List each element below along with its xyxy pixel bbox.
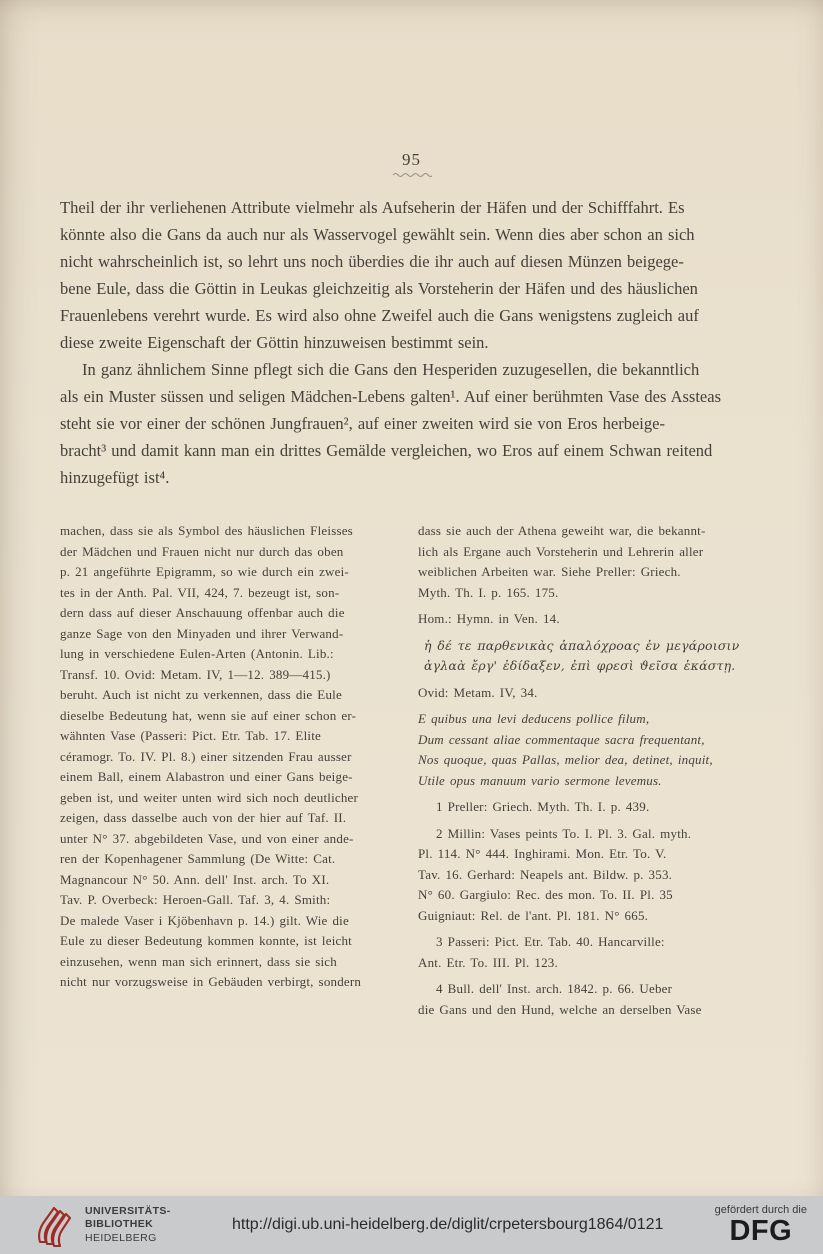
footnote-line: 3 Passeri: Pict. Etr. Tab. 40. Hancarvil… [418, 932, 777, 953]
latin-verse-line: Nos quoque, quas Pallas, melior dea, det… [418, 750, 777, 771]
footnote-line: geben ist, und weiter unten wird sich no… [60, 788, 390, 809]
footnote-line: zeigen, dass dasselbe auch von der hier … [60, 808, 390, 829]
footnote-line: dass sie auch der Athena geweiht war, di… [418, 521, 777, 542]
text-line: könnte also die Gans da auch nur als Was… [60, 221, 775, 248]
page-number: 95 [402, 150, 421, 169]
footnote-line: einzusehen, wenn man sich erinnert, dass… [60, 952, 390, 973]
footnote-line: dern dass auf dieser Anschauung offenbar… [60, 603, 390, 624]
footnote-line: Tav. P. Overbeck: Heroen-Gall. Taf. 3, 4… [60, 890, 390, 911]
footnote-line: Magnancour N° 50. Ann. dell' Inst. arch.… [60, 870, 390, 891]
latin-verse-line: E quibus una levi deducens pollice filum… [418, 709, 777, 730]
footnote-line: 1 Preller: Griech. Myth. Th. I. p. 439. [418, 797, 777, 818]
footnote-line: De malede Vaser i Kjöbenhavn p. 14.) gil… [60, 911, 390, 932]
scanned-paper: 95 Theil der ihr verliehenen Attribute v… [0, 0, 823, 1196]
main-text: Theil der ihr verliehenen Attribute viel… [60, 194, 775, 491]
greek-verse-line: ἀγλαὰ ἔργ' ἐδίδαξεν, ἐπὶ φρεσὶ ϑεῖσα ἑκά… [418, 656, 777, 677]
page-number-block: 95 [0, 150, 823, 178]
text-line: bene Eule, dass die Göttin in Leukas gle… [60, 275, 775, 302]
page-number-squiggle-ornament-icon [392, 171, 432, 178]
digitization-footer-bar: UNIVERSITÄTS- BIBLIOTHEK HEIDELBERG http… [0, 1196, 823, 1254]
footnote-line: dieselbe Bedeutung hat, wenn sie auf ein… [60, 706, 390, 727]
footnote-line: lung in verschiedene Eulen-Arten (Antoni… [60, 644, 390, 665]
dfg-funding-block: gefördert durch die DFG [715, 1204, 807, 1246]
footnote-line: Hom.: Hymn. in Ven. 14. [418, 609, 777, 630]
footnote-line: Tav. 16. Gerhard: Neapels ant. Bildw. p.… [418, 865, 777, 886]
library-name: UNIVERSITÄTS- BIBLIOTHEK HEIDELBERG [85, 1205, 171, 1244]
footnote-line: unter N° 37. abgebildeten Vase, und von … [60, 829, 390, 850]
text-line: bracht³ und damit kann man ein drittes G… [60, 437, 775, 464]
library-name-line3: HEIDELBERG [85, 1232, 171, 1245]
footnote-line: beruht. Auch ist nicht zu verkennen, das… [60, 685, 390, 706]
footnote-line: 4 Bull. dell' Inst. arch. 1842. p. 66. U… [418, 979, 777, 1000]
ub-heidelberg-books-icon [34, 1202, 76, 1248]
footnote-line: Ovid: Metam. IV, 34. [418, 683, 777, 704]
footnote-line: wähnten Vase (Passeri: Pict. Etr. Tab. 1… [60, 726, 390, 747]
text-line: diese zweite Eigenschaft der Göttin hinz… [60, 329, 775, 356]
footnote-line: der Mädchen und Frauen nicht nur durch d… [60, 542, 390, 563]
footnote-line: 2 Millin: Vases peints To. I. Pl. 3. Gal… [418, 824, 777, 845]
footnote-column-right: dass sie auch der Athena geweiht war, di… [418, 521, 777, 1020]
text-line: steht sie vor einer der schönen Jungfrau… [60, 410, 775, 437]
footnote-line: Pl. 114. N° 444. Inghirami. Mon. Etr. To… [418, 844, 777, 865]
text-line: nicht wahrscheinlich ist, so lehrt uns n… [60, 248, 775, 275]
footnote-line: N° 60. Gargiulo: Rec. des mon. To. II. P… [418, 885, 777, 906]
latin-verse-line: Utile opus manuum vario sermone levemus. [418, 771, 777, 792]
footnote-line: ren der Kopenhagener Sammlung (De Witte:… [60, 849, 390, 870]
footnote-line: ganze Sage von den Minyaden und ihrer Ve… [60, 624, 390, 645]
footnote-line: tes in der Anth. Pal. VII, 424, 7. bezeu… [60, 583, 390, 604]
text-line: Theil der ihr verliehenen Attribute viel… [60, 194, 775, 221]
text-line: als ein Muster süssen und seligen Mädche… [60, 383, 775, 410]
footnote-line: Ant. Etr. To. III. Pl. 123. [418, 953, 777, 974]
library-name-line2: BIBLIOTHEK [85, 1218, 171, 1231]
text-line: hinzugefügt ist⁴. [60, 464, 775, 491]
footnote-line: die Gans und den Hund, welche an derselb… [418, 1000, 777, 1021]
library-name-line1: UNIVERSITÄTS- [85, 1205, 171, 1218]
library-logo-block: UNIVERSITÄTS- BIBLIOTHEK HEIDELBERG [34, 1202, 171, 1248]
text-line: Frauenlebens verehrt wurde. Es wird also… [60, 302, 775, 329]
footnote-column-left: machen, dass sie als Symbol des häuslich… [60, 521, 390, 1020]
footnote-line: Guigniaut: Rel. de l'ant. Pl. 181. N° 66… [418, 906, 777, 927]
footnote-line: céramogr. To. IV. Pl. 8.) einer sitzende… [60, 747, 390, 768]
footnote-line: Transf. 10. Ovid: Metam. IV, 1—12. 389—4… [60, 665, 390, 686]
footnote-line: einem Ball, einem Alabastron und einer G… [60, 767, 390, 788]
text-line: In ganz ähnlichem Sinne pflegt sich die … [60, 356, 775, 383]
dfg-logo: DFG [715, 1217, 807, 1246]
digitized-page-url: http://digi.ub.uni-heidelberg.de/diglit/… [171, 1216, 715, 1234]
footnote-line: machen, dass sie als Symbol des häuslich… [60, 521, 390, 542]
scanned-book-page-screenshot: 95 Theil der ihr verliehenen Attribute v… [0, 0, 823, 1254]
footnote-line: p. 21 angeführte Epigramm, so wie durch … [60, 562, 390, 583]
footnote-line: Eule zu dieser Bedeutung kommen konnte, … [60, 931, 390, 952]
footnote-line: weiblichen Arbeiten war. Siehe Preller: … [418, 562, 777, 583]
footnote-line: Myth. Th. I. p. 165. 175. [418, 583, 777, 604]
footnote-line: nicht nur vorzugsweise in Gebäuden verbi… [60, 972, 390, 993]
greek-verse-line: ἡ δέ τε παρθενικὰς ἁπαλόχροας ἐν μεγάροι… [418, 636, 777, 657]
latin-verse-line: Dum cessant aliae commentaque sacra freq… [418, 730, 777, 751]
footnote-line: lich als Ergane auch Vorsteherin und Leh… [418, 542, 777, 563]
footnote-columns: machen, dass sie als Symbol des häuslich… [60, 521, 777, 1020]
